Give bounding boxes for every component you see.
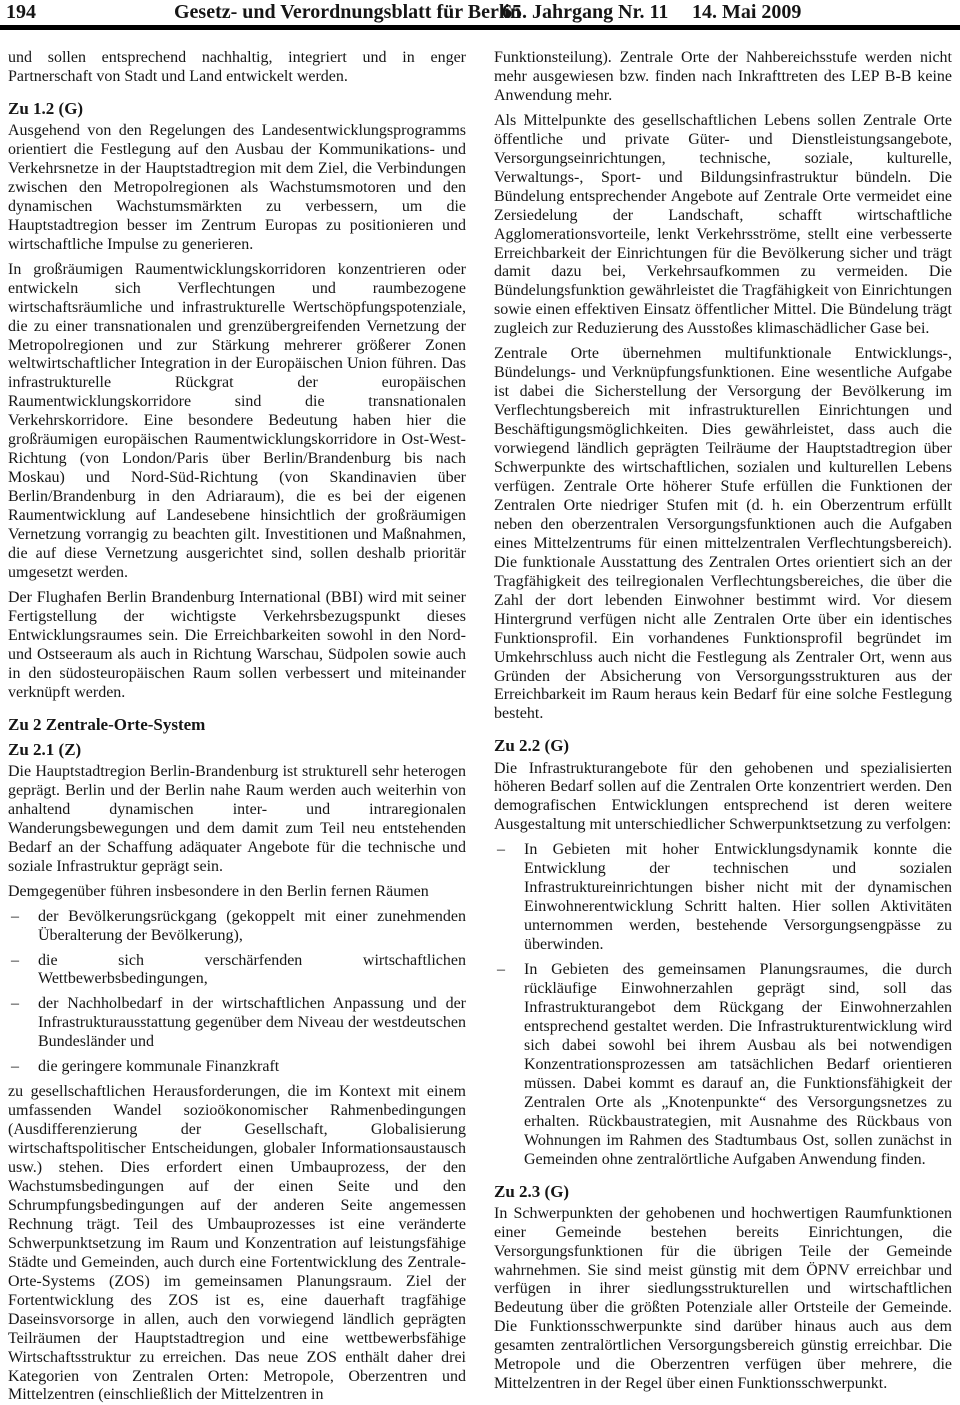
list-item: – In Gebieten mit hoher Entwicklungsdyna… xyxy=(494,841,952,955)
list-dash: – xyxy=(11,995,19,1014)
section-heading: Zu 2.2 (G) xyxy=(494,736,952,756)
paragraph: Demgegenüber führen insbesondere in den … xyxy=(8,883,466,902)
page-header: 194 Gesetz- und Verordnungsblatt für Ber… xyxy=(0,1,960,24)
list-item: – der Bevölkerungsrückgang (gekoppelt mi… xyxy=(8,908,466,946)
list-dash: – xyxy=(11,1058,19,1077)
page-number: 194 xyxy=(6,1,36,24)
document-page: 194 Gesetz- und Verordnungsblatt für Ber… xyxy=(0,0,960,1405)
right-column: Funktionsteilung). Zentrale Orte der Nah… xyxy=(494,49,952,1405)
section-heading: Zu 1.2 (G) xyxy=(8,99,466,119)
two-column-body: und sollen entsprechend nachhaltig, inte… xyxy=(8,49,952,1405)
paragraph: zu gesellschaftlichen Herausforderungen,… xyxy=(8,1083,466,1405)
paragraph: Zentrale Orte übernehmen multifunktional… xyxy=(494,345,952,724)
list-dash: – xyxy=(11,952,19,971)
list-item: – In Gebieten des gemeinsamen Planungsra… xyxy=(494,961,952,1169)
list-item-text: In Gebieten mit hoher Entwicklungsdynami… xyxy=(524,841,952,953)
list-item-text: der Bevölkerungsrückgang (gekoppelt mit … xyxy=(38,908,466,944)
list-dash: – xyxy=(497,841,505,860)
issue-number: Nr. 11 xyxy=(618,1,668,24)
section-heading: Zu 2.1 (Z) xyxy=(8,740,466,760)
paragraph: In großräumigen Raumentwicklungskorridor… xyxy=(8,261,466,583)
list-item-text: der Nachholbedarf in der wirtschaftliche… xyxy=(38,995,466,1050)
issue-date: 14. Mai 2009 xyxy=(692,1,801,24)
list-item-text: In Gebieten des gemeinsamen Planungsraum… xyxy=(524,961,952,1168)
paragraph: Die Hauptstadtregion Berlin-Brandenburg … xyxy=(8,763,466,877)
list-item-text: die geringere kommunale Finanzkraft xyxy=(38,1058,279,1075)
list-dash: – xyxy=(497,961,505,980)
section-heading: Zu 2 Zentrale-Orte-System xyxy=(8,715,466,735)
header-rule xyxy=(0,25,960,30)
list-item: – die geringere kommunale Finanzkraft xyxy=(8,1058,466,1077)
paragraph: In Schwerpunkten der gehobenen und hochw… xyxy=(494,1205,952,1395)
list-dash: – xyxy=(11,908,19,927)
paragraph: und sollen entsprechend nachhaltig, inte… xyxy=(8,49,466,87)
publication-title: Gesetz- und Verordnungsblatt für Berlin xyxy=(174,1,521,24)
list-item-text: die sich verschärfenden wirtschaftlichen… xyxy=(38,952,466,988)
paragraph: Die Infrastrukturangebote für den gehobe… xyxy=(494,760,952,836)
paragraph: Ausgehend von den Regelungen des Landese… xyxy=(8,122,466,255)
paragraph: Als Mittelpunkte des gesellschaftlichen … xyxy=(494,112,952,339)
paragraph: Der Flughafen Berlin Brandenburg Interna… xyxy=(8,589,466,703)
paragraph: Funktionsteilung). Zentrale Orte der Nah… xyxy=(494,49,952,106)
list-item: – der Nachholbedarf in der wirtschaftlic… xyxy=(8,995,466,1052)
left-column: und sollen entsprechend nachhaltig, inte… xyxy=(8,49,466,1405)
volume-label: 65. Jahrgang xyxy=(502,1,613,24)
section-heading: Zu 2.3 (G) xyxy=(494,1182,952,1202)
list-item: – die sich verschärfenden wirtschaftlich… xyxy=(8,952,466,990)
